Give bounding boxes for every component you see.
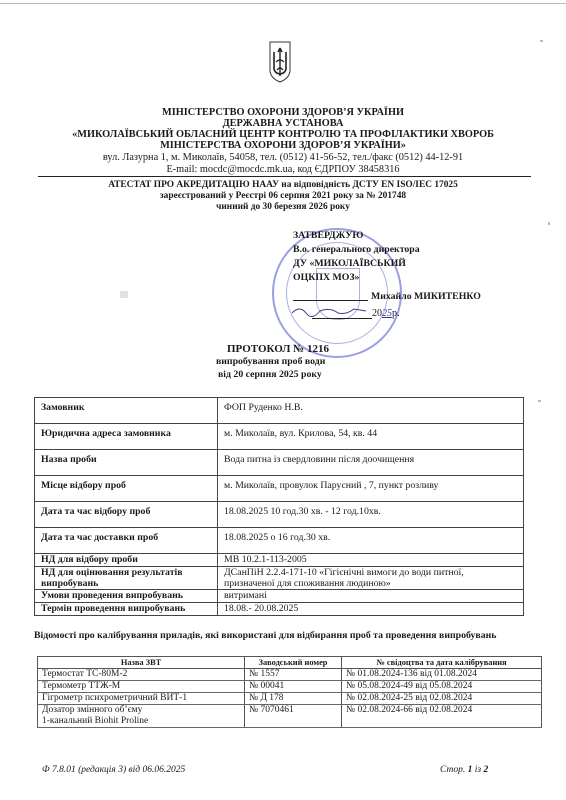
instrument-name: Дозатор змінного об’єму1-канальний Biohi… bbox=[38, 705, 245, 728]
institution-name-line2: МІНІСТЕРСТВА ОХОРОНИ ЗДОРОВ’Я УКРАЇНИ» bbox=[0, 140, 566, 151]
protocol-subtitle: випробування проб води bbox=[216, 356, 325, 367]
column-header: Назва ЗВТ bbox=[38, 657, 245, 669]
column-header: Заводський номер bbox=[245, 657, 342, 669]
approver-name: Михайло МИКИТЕНКО bbox=[371, 291, 481, 304]
column-header: № свідоцтва та дата калібрування bbox=[342, 657, 542, 669]
table-row: Термометр ТТЖ-М № 00041 № 05.08.2024-49 … bbox=[38, 681, 542, 693]
detail-label: Дата та час відбору проб bbox=[35, 502, 218, 528]
page-prefix: Стор. bbox=[440, 765, 468, 775]
signature-line bbox=[293, 300, 368, 301]
instrument-name: Гігрометр психрометричний ВИТ-1 bbox=[38, 693, 245, 705]
scan-top-edge bbox=[0, 3, 566, 4]
table-row: Дозатор змінного об’єму1-канальний Biohi… bbox=[38, 705, 542, 728]
table-row: Дата та час відбору проб18.08.2025 10 го… bbox=[35, 502, 524, 528]
table-header-row: Назва ЗВТ Заводський номер № свідоцтва т… bbox=[38, 657, 542, 669]
detail-label: Умови проведення випробувань bbox=[35, 590, 218, 603]
detail-value-line1: ДСанПіН 2.2.4-171-10 «Гігієнічні вимоги … bbox=[224, 567, 517, 578]
table-row: Юридична адреса замовникам. Миколаїв, ву… bbox=[35, 424, 524, 450]
table-row: Місце відбору пробм. Миколаїв, провулок … bbox=[35, 476, 524, 502]
instrument-name-line1: Дозатор змінного об’єму bbox=[42, 705, 240, 716]
institution-name-line1: «МИКОЛАЇВСЬКИЙ ОБЛАСНИЙ ЦЕНТР КОНТРОЛЮ Т… bbox=[0, 129, 566, 140]
detail-label: Термін проведення випробувань bbox=[35, 603, 218, 616]
detail-value: м. Миколаїв, вул. Крилова, 54, кв. 44 bbox=[218, 424, 524, 450]
ministry-title: МІНІСТЕРСТВО ОХОРОНИ ЗДОРОВ’Я УКРАЇНИ bbox=[0, 107, 566, 118]
calibration-table: Назва ЗВТ Заводський номер № свідоцтва т… bbox=[37, 656, 542, 728]
instrument-serial: № 7070461 bbox=[245, 705, 342, 728]
header-divider bbox=[38, 176, 531, 177]
protocol-date: від 20 серпня 2025 року bbox=[218, 369, 322, 380]
table-row: НД для відбору пробиМВ 10.2.1-113-2005 bbox=[35, 554, 524, 567]
table-row: НД для оцінювання результатіввипробувань… bbox=[35, 567, 524, 590]
detail-value: ДСанПіН 2.2.4-171-10 «Гігієнічні вимоги … bbox=[218, 567, 524, 590]
calibration-section-title: Відомості про калібрування приладів, які… bbox=[34, 628, 534, 643]
accreditation-line1: АТЕСТАТ ПРО АКРЕДИТАЦІЮ НААУ на відповід… bbox=[0, 180, 566, 191]
handwritten-signature bbox=[290, 303, 370, 317]
instrument-name: Термометр ТТЖ-М bbox=[38, 681, 245, 693]
table-row: ЗамовникФОП Руденко Н.В. bbox=[35, 398, 524, 424]
detail-value-line2: призначеної для споживання людиною» bbox=[224, 578, 517, 589]
scan-artifact bbox=[548, 222, 550, 225]
instrument-certificate: № 05.08.2024-49 від 05.08.2024 bbox=[342, 681, 542, 693]
detail-value: 18.08.2025 10 год.30 хв. - 12 год.10хв. bbox=[218, 502, 524, 528]
table-row: Термостат ТС-80М-2 № 1557 № 01.08.2024-1… bbox=[38, 669, 542, 681]
detail-label-line2: випробувань bbox=[41, 578, 211, 589]
table-row: Умови проведення випробуваньвитримані bbox=[35, 590, 524, 603]
institution-address: вул. Лазурна 1, м. Миколаїв, 54058, тел.… bbox=[0, 152, 566, 163]
accreditation-line3: чинний до 30 березня 2026 року bbox=[0, 202, 566, 213]
detail-label: Дата та час доставки проб bbox=[35, 528, 218, 554]
detail-value: Вода питна із свердловини після доочищен… bbox=[218, 450, 524, 476]
page-total: 2 bbox=[483, 765, 488, 775]
detail-label: Замовник bbox=[35, 398, 218, 424]
page-number: Стор. 1 із 2 bbox=[440, 765, 488, 775]
table-row: Дата та час доставки проб18.08.2025 о 16… bbox=[35, 528, 524, 554]
date-line bbox=[312, 318, 372, 319]
instrument-serial: № 1557 bbox=[245, 669, 342, 681]
detail-label: Назва проби bbox=[35, 450, 218, 476]
detail-label: Юридична адреса замовника bbox=[35, 424, 218, 450]
institution-contacts: E-mail: mocdc@mocdc.mk.ua, код ЄДРПОУ 38… bbox=[0, 164, 566, 175]
scan-artifact bbox=[120, 291, 128, 298]
detail-value: ФОП Руденко Н.В. bbox=[218, 398, 524, 424]
detail-value: витримані bbox=[218, 590, 524, 603]
instrument-name: Термостат ТС-80М-2 bbox=[38, 669, 245, 681]
instrument-certificate: № 02.08.2024-66 від 02.08.2024 bbox=[342, 705, 542, 728]
instrument-name-line2: 1-канальний Biohit Proline bbox=[42, 716, 240, 727]
year-suffix: р. bbox=[392, 308, 400, 319]
approval-org-line1: ДУ «МИКОЛАЇВСЬКИЙ bbox=[293, 258, 406, 271]
instrument-certificate: № 01.08.2024-136 від 01.08.2024 bbox=[342, 669, 542, 681]
instrument-certificate: № 02.08.2024-25 від 02.08.2024 bbox=[342, 693, 542, 705]
detail-label: НД для відбору проби bbox=[35, 554, 218, 567]
detail-value: 18.08.- 20.08.2025 bbox=[218, 603, 524, 616]
detail-value: м. Миколаїв, провулок Парусний , 7, пунк… bbox=[218, 476, 524, 502]
detail-label: НД для оцінювання результатіввипробувань bbox=[35, 567, 218, 590]
ukraine-trident-icon bbox=[268, 40, 292, 84]
form-reference: Ф 7.8.01 (редакція 3) від 06.06.2025 bbox=[42, 765, 185, 775]
detail-label: Місце відбору проб bbox=[35, 476, 218, 502]
approval-year: 2025р. bbox=[372, 308, 400, 321]
protocol-title: ПРОТОКОЛ № 1216 bbox=[227, 343, 329, 355]
institution-type: ДЕРЖАВНА УСТАНОВА bbox=[0, 118, 566, 129]
scan-artifact bbox=[538, 400, 541, 402]
table-row: Назва пробиВода питна із свердловини піс… bbox=[35, 450, 524, 476]
detail-value: МВ 10.2.1-113-2005 bbox=[218, 554, 524, 567]
instrument-serial: № 00041 bbox=[245, 681, 342, 693]
approval-org-line2: ОЦКПХ МОЗ» bbox=[293, 272, 359, 285]
approval-title: ЗАТВЕРДЖУЮ bbox=[293, 230, 363, 243]
accreditation-line2: зареєстрований у Реєстрі 06 серпня 2021 … bbox=[0, 191, 566, 202]
detail-label-line1: НД для оцінювання результатів bbox=[41, 567, 211, 578]
instrument-serial: № Д 178 bbox=[245, 693, 342, 705]
sample-details-table: ЗамовникФОП Руденко Н.В. Юридична адреса… bbox=[34, 397, 524, 616]
approval-position: В.о. генерального директора bbox=[293, 244, 420, 257]
year-prefix: 20 bbox=[372, 308, 382, 319]
page-separator: із bbox=[472, 765, 483, 775]
table-row: Термін проведення випробувань18.08.- 20.… bbox=[35, 603, 524, 616]
scan-artifact bbox=[540, 40, 543, 42]
table-row: Гігрометр психрометричний ВИТ-1 № Д 178 … bbox=[38, 693, 542, 705]
year-handwritten: 25 bbox=[382, 308, 392, 319]
detail-value: 18.08.2025 о 16 год.30 хв. bbox=[218, 528, 524, 554]
